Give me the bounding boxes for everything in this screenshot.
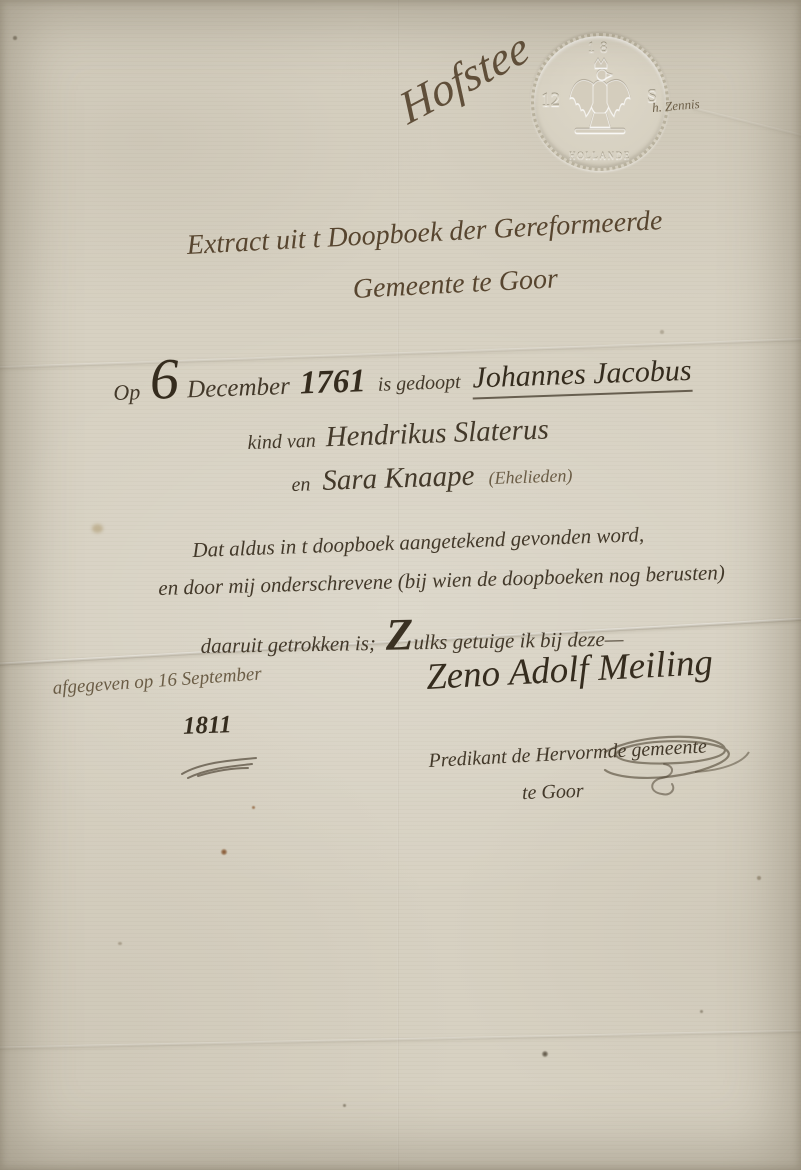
entry-ehelieden: (Ehelieden) bbox=[488, 465, 573, 489]
issued-flourish bbox=[178, 752, 262, 780]
clerk-annotation: h. Zennis bbox=[651, 96, 700, 116]
foxing-spot bbox=[660, 330, 664, 334]
seal-legend: HOLLANDE bbox=[534, 151, 666, 161]
document-title-line2: Gemeente te Goor bbox=[352, 263, 559, 306]
signature-small-flourish bbox=[642, 760, 682, 800]
entry-line-2: kind van Hendrikus Slaterus bbox=[247, 414, 549, 457]
document-title-line1: Extract uit t Doopboek der Gereformeerde bbox=[186, 205, 663, 262]
foxing-spot bbox=[13, 36, 17, 40]
foxing-spot bbox=[343, 1104, 346, 1107]
entry-child-name: Johannes Jacobus bbox=[472, 354, 692, 400]
entry-line-1: Op 6 December 1761 is gedoopt Johannes J… bbox=[112, 336, 692, 412]
fold-crease-top-right bbox=[692, 107, 801, 146]
fold-crease-lower bbox=[0, 1029, 801, 1049]
entry-verb: is gedoopt bbox=[377, 371, 461, 397]
foxing-spot bbox=[542, 1051, 548, 1057]
entry-father-name: Hendrikus Slaterus bbox=[325, 414, 549, 455]
seal-year-text: 18 bbox=[534, 40, 666, 57]
entry-op: Op bbox=[113, 379, 141, 406]
foxing-spot bbox=[118, 942, 122, 945]
issued-year: 1811 bbox=[183, 711, 233, 741]
attestation-line-3a: daaruit getrokken is; bbox=[200, 631, 376, 659]
entry-line-3: en Sara Knaape (Ehelieden) bbox=[291, 456, 573, 499]
entry-kind-van: kind van bbox=[247, 430, 316, 455]
imperial-eagle-icon bbox=[568, 56, 632, 142]
seal-denomination-left: 12 bbox=[541, 90, 560, 112]
scanned-document-page: { "colors": {"paper":"#d7d1c2","ink":"#4… bbox=[0, 0, 801, 1170]
signature-title-line2: te Goor bbox=[522, 780, 584, 805]
foxing-spot bbox=[92, 524, 103, 533]
attestation-line-2: en door mij onderschrevene (bij wien de … bbox=[158, 560, 725, 601]
foxing-spot bbox=[221, 849, 227, 855]
foxing-spot bbox=[757, 876, 761, 880]
attestation-line-1: Dat aldus in t doopboek aangetekend gevo… bbox=[192, 522, 644, 563]
entry-month: December bbox=[187, 373, 291, 405]
entry-year: 1761 bbox=[299, 363, 366, 402]
foxing-spot bbox=[700, 1010, 703, 1013]
entry-mother-name: Sara Knaape bbox=[322, 460, 475, 498]
entry-en: en bbox=[291, 473, 311, 497]
entry-day: 6 bbox=[149, 354, 180, 404]
handwritten-name: Hofstee bbox=[392, 20, 536, 135]
issued-line: afgegeven op 16 September bbox=[52, 663, 262, 700]
foxing-spot bbox=[252, 806, 255, 809]
embossed-tax-seal: 18 12 S HOLLANDE bbox=[531, 33, 669, 171]
